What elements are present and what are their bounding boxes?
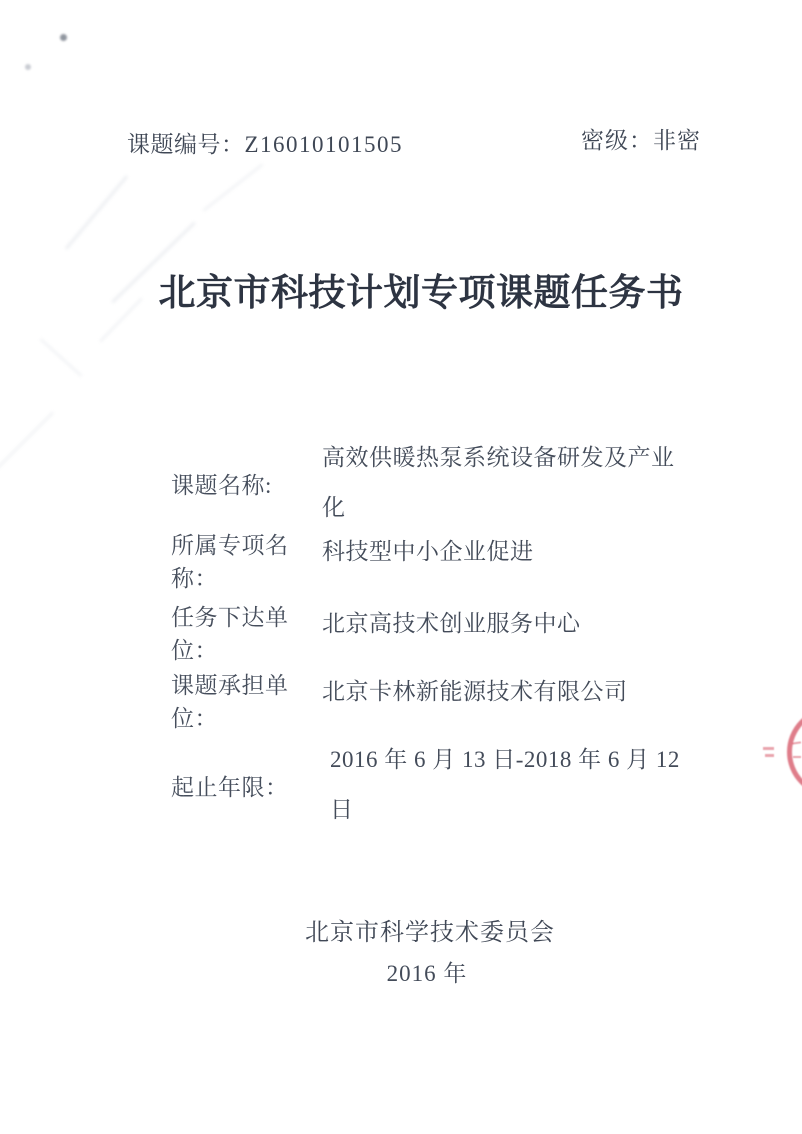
field-row-project-name: 课题名称: 高效供暖热泵系统设备研发及产业化	[171, 433, 678, 533]
bleed-through-mark	[203, 164, 263, 212]
field-row-special-program: 所属专项名称： 科技型中小企业促进	[171, 527, 678, 593]
official-seal-mark	[763, 747, 774, 750]
official-seal-mark	[793, 756, 801, 758]
field-row-issuing-unit: 任务下达单位： 北京高技术创业服务中心	[171, 599, 678, 665]
official-seal-ring	[787, 707, 802, 797]
scan-speck	[60, 34, 67, 41]
official-seal-mark	[765, 754, 774, 757]
scanned-document-page: 课题编号：Z16010101505 密级：非密 北京市科技计划专项课题任务书 课…	[0, 0, 802, 1134]
issuing-organization: 北京市科学技术委员会	[29, 912, 802, 947]
field-label: 课题名称:	[171, 433, 322, 533]
bleed-through-mark	[99, 298, 142, 343]
field-value: 北京高技术创业服务中心	[322, 599, 678, 665]
field-value: 北京卡林新能源技术有限公司	[322, 667, 678, 733]
field-label: 起止年限：	[171, 735, 322, 835]
bleed-through-mark	[0, 412, 54, 474]
field-row-duration: 起止年限： 2016 年 6 月 13 日-2018 年 6 月 12 日	[171, 735, 702, 835]
field-label: 任务下达单位：	[171, 599, 322, 665]
project-number: 课题编号：Z16010101505	[127, 126, 403, 159]
security-level-label: 密级：	[581, 128, 653, 153]
field-value: 高效供暖热泵系统设备研发及产业化	[322, 433, 678, 533]
security-level: 密级：非密	[581, 122, 701, 155]
project-number-value: Z16010101505	[245, 132, 404, 157]
document-title: 北京市科技计划专项课题任务书	[146, 262, 696, 316]
field-row-undertaking-unit: 课题承担单位： 北京卡林新能源技术有限公司	[171, 667, 678, 733]
bleed-through-mark	[40, 338, 82, 376]
bleed-through-mark	[65, 175, 128, 250]
field-value: 科技型中小企业促进	[322, 527, 678, 593]
field-label: 课题承担单位：	[171, 667, 322, 733]
security-level-value: 非密	[653, 128, 701, 153]
field-value: 2016 年 6 月 13 日-2018 年 6 月 12 日	[322, 735, 702, 835]
field-label: 所属专项名称：	[171, 527, 322, 593]
scan-speck	[25, 64, 31, 70]
project-number-label: 课题编号：	[127, 132, 245, 157]
issue-year: 2016 年	[26, 955, 802, 988]
